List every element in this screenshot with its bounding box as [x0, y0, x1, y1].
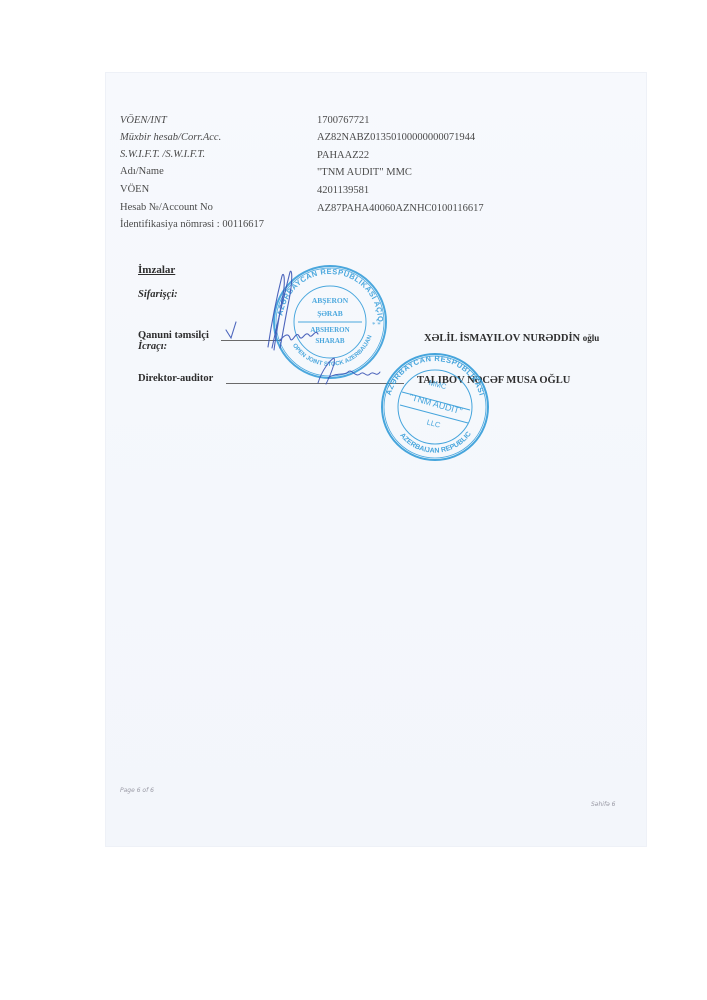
- stamp2-line3: LLC: [426, 418, 442, 430]
- stamp1-inner-top2: ŞƏRAB: [317, 309, 343, 318]
- page-number-left: Page 6 of 6: [120, 787, 154, 794]
- svg-text:* *: * *: [372, 321, 381, 329]
- stamp2-outer-text: AZƏRBAYCAN RESPUBLİKASI: [384, 354, 487, 397]
- stamp1-inner-bottom2: SHARAB: [315, 337, 345, 345]
- svg-text:AZƏRBAYCAN RESPUBLİKASI AÇIQ S: AZƏRBAYCAN RESPUBLİKASI AÇIQ SƏHMDAR CƏM…: [0, 0, 385, 323]
- absheron-sharab-stamp: AZƏRBAYCAN RESPUBLİKASI AÇIQ SƏHMDAR CƏM…: [0, 0, 386, 378]
- stamp1-outer-text: AZƏRBAYCAN RESPUBLİKASI AÇIQ SƏHMDAR CƏM…: [0, 0, 385, 323]
- tnm-audit-stamp: AZƏRBAYCAN RESPUBLİKASI AZERBAIJAN REPUB…: [382, 354, 488, 460]
- stamp2-line2: "TNM AUDIT": [408, 392, 464, 417]
- svg-text:AZƏRBAYCAN RESPUBLİKASI: AZƏRBAYCAN RESPUBLİKASI: [384, 354, 487, 397]
- page-number-right: Səhifə 6: [591, 801, 616, 808]
- stamp2-line1: MMC: [428, 378, 448, 391]
- stamps-and-signatures: AZƏRBAYCAN RESPUBLİKASI AÇIQ SƏHMDAR CƏM…: [0, 0, 707, 1000]
- stamp1-inner-top: ABŞERON: [312, 296, 349, 305]
